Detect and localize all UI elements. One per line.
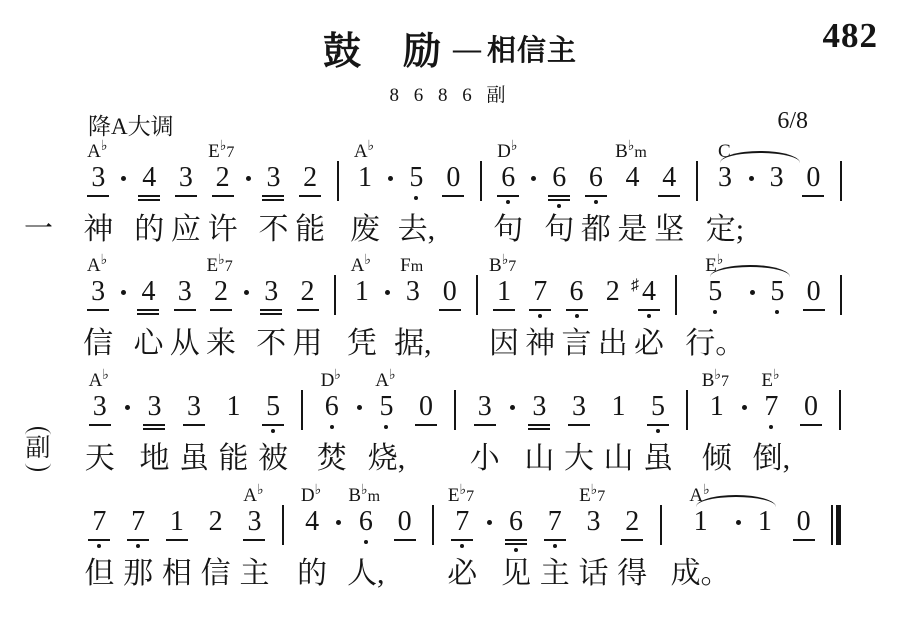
note: 7主: [535, 482, 574, 595]
note: D♭4的: [293, 482, 332, 595]
lyric-syllable: 被: [258, 440, 288, 480]
note: A♭1成。: [671, 482, 731, 595]
note: 4坚: [651, 138, 688, 251]
music-system-1: A♭3神4的3应E♭72许3不2能A♭1废5去,0D♭6句6句6都B♭m4是4坚…: [80, 138, 850, 252]
barline: [832, 138, 850, 251]
underline-beam: [566, 309, 588, 311]
note-number: 3: [147, 392, 161, 422]
rest-note: 0: [791, 367, 831, 480]
key-row: 降A大调 6/8: [0, 108, 900, 138]
underline-beam: [528, 424, 550, 426]
note-number: 2: [606, 277, 620, 307]
low-octave-dot: [460, 544, 464, 548]
note-number: 3: [478, 392, 492, 422]
note-number: 6: [509, 507, 523, 537]
note-number: 1: [611, 392, 625, 422]
note-number: 7: [533, 277, 547, 307]
underline-beam: [88, 539, 110, 541]
lyric-syllable: 不: [256, 325, 286, 365]
augmentation-dot: [745, 252, 759, 365]
underline-beam: [802, 195, 824, 197]
chord-label: E♭7: [208, 141, 234, 163]
notation-row: A♭3天3地3虽1能5被D♭6焚A♭5烧,03小3山3大1山5虽B♭71倾E♭7…: [80, 367, 850, 480]
flat-icon: ♭: [591, 483, 598, 498]
underline-beam: [529, 309, 551, 311]
dot-icon: [531, 176, 536, 181]
dot-icon: [385, 290, 390, 295]
dot-icon: [357, 405, 362, 410]
chord-label: D♭: [301, 485, 321, 507]
rest-note: 0: [435, 138, 472, 251]
note-number: 4: [305, 507, 319, 537]
note-number: 0: [807, 277, 821, 307]
note-number: 3: [406, 277, 420, 307]
chord-label: D♭: [497, 141, 517, 163]
lyric-syllable: 去,: [398, 211, 436, 251]
low-octave-dot: [557, 204, 561, 208]
note-number: 3: [586, 507, 600, 537]
augmentation-dot: [380, 252, 394, 365]
low-octave-dot: [514, 548, 518, 552]
underline-beam: [243, 539, 265, 541]
note-number: 3: [187, 392, 201, 422]
note: 2信: [196, 482, 235, 595]
music-system-2: A♭3信4心3从E♭72来3不2用A♭1凭Fm3据,0B♭71因7神6言2出4♯…: [80, 252, 850, 366]
lyric-syllable: 坚: [654, 211, 684, 251]
bar-icon: [840, 161, 842, 201]
note: 3不: [253, 252, 289, 365]
note-number: 0: [804, 392, 818, 422]
lyric-syllable: 但: [84, 555, 114, 595]
flat-icon: ♭: [389, 368, 396, 383]
chord-label: A♭: [87, 141, 107, 163]
barline: [678, 367, 697, 480]
barline: [274, 482, 293, 595]
barline: [328, 138, 346, 251]
note-number: 2: [209, 507, 223, 537]
underline-beam: [210, 309, 232, 311]
note-number: 3: [718, 163, 732, 193]
low-octave-dot: [553, 544, 557, 548]
chord-label: B♭m: [615, 141, 647, 163]
flat-icon: ♭: [364, 253, 371, 268]
note: 3地: [135, 367, 175, 480]
note: 6见: [497, 482, 536, 595]
augmentation-dot: [117, 138, 131, 251]
note-number: 0: [443, 277, 457, 307]
flat-icon: ♭: [101, 253, 108, 268]
note: 1山: [599, 367, 639, 480]
lyric-syllable: 人,: [347, 555, 385, 595]
note: Fm3据,: [394, 252, 432, 365]
lyric-syllable: 天: [85, 440, 115, 480]
dot-icon: [121, 176, 126, 181]
underline-beam: [138, 195, 160, 197]
note-number: 3: [91, 163, 105, 193]
note-number: 3: [532, 392, 546, 422]
lyric-syllable: 的: [297, 555, 327, 595]
lyric-syllable: 焚: [317, 440, 347, 480]
flat-icon: ♭: [714, 368, 721, 383]
note: D♭6焚: [312, 367, 352, 480]
note: 3虽: [174, 367, 214, 480]
lyric-syllable: 的: [134, 211, 164, 251]
flat-icon: ♭: [218, 253, 225, 268]
note: E♭72许: [204, 138, 241, 251]
barline: [667, 252, 685, 365]
note-number: 4: [142, 163, 156, 193]
chord-label: E♭7: [207, 255, 233, 277]
note-number: 0: [446, 163, 460, 193]
note-number: 1: [358, 163, 372, 193]
underline-beam: [212, 195, 234, 197]
note: A♭3信: [80, 252, 116, 365]
chord-label: A♭: [354, 141, 374, 163]
lyric-syllable: 来: [206, 325, 236, 365]
note: 2得: [613, 482, 652, 595]
note: E♭73话: [574, 482, 613, 595]
low-octave-dot: [656, 429, 660, 433]
lyric-syllable: 山: [603, 440, 633, 480]
underline-beam: [174, 309, 196, 311]
arc-top-icon: [25, 427, 51, 435]
title-dash: —: [453, 34, 481, 65]
dot-icon: [388, 176, 393, 181]
note-number: 0: [806, 163, 820, 193]
bar-icon: [675, 275, 677, 315]
hymn-subtitle: 相信主: [487, 35, 577, 67]
bar-icon: [480, 161, 482, 201]
underline-beam: [89, 424, 111, 426]
note-number: 3: [91, 277, 105, 307]
note: A♭5烧,: [367, 367, 407, 480]
low-octave-dot: [647, 314, 651, 318]
note-number: 2: [625, 507, 639, 537]
music-system-4: 7但7那1相2信A♭3主D♭4的B♭m6人,0E♭77必6见7主E♭73话2得A…: [80, 482, 850, 596]
note-number: 1: [710, 392, 724, 422]
lyric-syllable: 用: [293, 325, 323, 365]
underline-beam: [260, 313, 282, 315]
key-signature: 降A大调: [88, 108, 174, 141]
lyric-syllable: 山: [524, 440, 554, 480]
flat-icon: ♭: [334, 368, 341, 383]
note: 1相: [158, 482, 197, 595]
note-number: 7: [131, 507, 145, 537]
lyric-syllable: 定;: [706, 211, 744, 251]
underline-beam: [262, 424, 284, 426]
underline-beam: [647, 424, 669, 426]
underline-beam: [166, 539, 188, 541]
lyric-syllable: 必: [447, 555, 477, 595]
bar-icon: [282, 505, 284, 545]
note-number: 7: [764, 392, 778, 422]
note-number: 0: [797, 507, 811, 537]
chord-label: B♭m: [348, 485, 380, 507]
barline: [832, 252, 850, 365]
note-number: 2: [214, 277, 228, 307]
bar-icon: [301, 390, 303, 430]
lyric-syllable: 都: [581, 211, 611, 251]
double-bar-icon: [831, 505, 841, 545]
lyric-syllable: 能: [219, 440, 249, 480]
note-number: 1: [170, 507, 184, 537]
low-octave-dot: [713, 310, 717, 314]
note-number: 4: [141, 277, 155, 307]
underline-beam: [803, 309, 825, 311]
note-number: 0: [419, 392, 433, 422]
time-signature: 6/8: [777, 108, 808, 135]
underline-beam: [793, 539, 815, 541]
lyric-syllable: 出: [598, 325, 628, 365]
note-number: 7: [92, 507, 106, 537]
note: B♭71倾: [697, 367, 737, 480]
bar-icon: [686, 390, 688, 430]
lyric-syllable: 必: [634, 325, 664, 365]
augmentation-dot: [241, 138, 255, 251]
flat-icon: ♭: [628, 139, 635, 154]
note-number: 6: [359, 507, 373, 537]
flat-icon: ♭: [511, 139, 518, 154]
underline-beam: [127, 539, 149, 541]
dot-icon: [125, 405, 130, 410]
note: 3: [758, 138, 795, 251]
note: 5去,: [398, 138, 436, 251]
underline-beam: [493, 309, 515, 311]
note: D♭6句: [490, 138, 527, 251]
note-number: 4: [626, 163, 640, 193]
note: 2出: [595, 252, 631, 365]
lyric-syllable: 是: [618, 211, 648, 251]
flat-icon: ♭: [361, 483, 368, 498]
rest-note: 0: [406, 367, 446, 480]
lyric-syllable: 虽: [643, 440, 673, 480]
underline-beam: [658, 195, 680, 197]
dot-icon: [749, 176, 754, 181]
underline-beam: [87, 195, 109, 197]
dot-icon: [336, 520, 341, 525]
low-octave-dot: [594, 200, 598, 204]
note: 3山: [520, 367, 560, 480]
note: B♭71因: [486, 252, 522, 365]
dot-icon: [487, 520, 492, 525]
low-octave-dot: [97, 544, 101, 548]
note: 3不: [255, 138, 292, 251]
note: 5被: [253, 367, 293, 480]
flat-icon: ♭: [101, 139, 108, 154]
rest-note: 0: [784, 482, 823, 595]
chord-label: E♭7: [579, 485, 605, 507]
underline-beam: [299, 195, 321, 197]
low-octave-dot: [414, 196, 418, 200]
underline-beam: [621, 539, 643, 541]
note: A♭3神: [80, 138, 117, 251]
underline-beam: [262, 199, 284, 201]
lyric-syllable: 不: [258, 211, 288, 251]
lyric-syllable: 见: [501, 555, 531, 595]
lyric-syllable: 因: [489, 325, 519, 365]
lyric-syllable: 据,: [394, 325, 432, 365]
flat-icon: ♭: [703, 483, 710, 498]
note: 6都: [578, 138, 615, 251]
barline: [326, 252, 344, 365]
dot-icon: [750, 290, 755, 295]
hymn-meter: 8 6 8 6 副: [0, 80, 900, 107]
low-octave-dot: [364, 540, 368, 544]
bar-icon: [337, 161, 339, 201]
barline: [831, 367, 850, 480]
bar-icon: [660, 505, 662, 545]
note: C3定;: [706, 138, 744, 251]
music-system-3: A♭3天3地3虽1能5被D♭6焚A♭5烧,03小3山3大1山5虽B♭71倾E♭7…: [80, 367, 850, 481]
underline-beam: [497, 195, 519, 197]
note-number: 6: [589, 163, 603, 193]
dot-icon: [510, 405, 515, 410]
underline-beam: [638, 309, 660, 311]
note: 5虽: [638, 367, 678, 480]
underline-beam: [548, 195, 570, 197]
lyric-syllable: 神: [525, 325, 555, 365]
chord-label: E♭7: [448, 485, 474, 507]
low-octave-dot: [769, 425, 773, 429]
final-barline: [823, 482, 850, 595]
note-number: 4♯: [642, 277, 656, 307]
dot-icon: [246, 176, 251, 181]
notation-row: 7但7那1相2信A♭3主D♭4的B♭m6人,0E♭77必6见7主E♭73话2得A…: [80, 482, 850, 595]
notation-row: A♭3神4的3应E♭72许3不2能A♭1废5去,0D♭6句6句6都B♭m4是4坚…: [80, 138, 850, 251]
note-number: 5: [651, 392, 665, 422]
bar-icon: [840, 275, 842, 315]
note-number: 7: [455, 507, 469, 537]
lyric-syllable: 话: [578, 555, 608, 595]
rest-note: 0: [795, 138, 832, 251]
underline-beam: [544, 539, 566, 541]
underline-beam: [138, 199, 160, 201]
note: 3从: [167, 252, 203, 365]
sharp-icon: ♯: [631, 271, 639, 301]
lyric-syllable: 句: [544, 211, 574, 251]
note: 6句: [541, 138, 578, 251]
dot-icon: [736, 520, 741, 525]
note: A♭3天: [80, 367, 120, 480]
lyric-syllable: 应: [171, 211, 201, 251]
bar-icon: [454, 390, 456, 430]
lyric-syllable: 废: [350, 211, 380, 251]
low-octave-dot: [384, 425, 388, 429]
underline-beam: [474, 424, 496, 426]
note-number: 1: [227, 392, 241, 422]
note-number: 2: [216, 163, 230, 193]
note-number: 3: [266, 163, 280, 193]
note-number: 6: [570, 277, 584, 307]
low-octave-dot: [575, 314, 579, 318]
note-number: 5: [266, 392, 280, 422]
chord-label: A♭: [375, 370, 395, 392]
underline-beam: [585, 195, 607, 197]
note-number: 3: [572, 392, 586, 422]
barline: [652, 482, 671, 595]
lyric-syllable: 能: [295, 211, 325, 251]
lyric-syllable: 倒,: [753, 440, 791, 480]
note: A♭1凭: [344, 252, 380, 365]
verse-number-marker: 一: [24, 210, 53, 248]
chord-label: Fm: [400, 255, 423, 277]
lyric-syllable: 信: [83, 325, 113, 365]
flat-icon: ♭: [102, 368, 109, 383]
underline-beam: [394, 539, 416, 541]
note-number: 3: [178, 277, 192, 307]
flat-icon: ♭: [315, 483, 322, 498]
barline: [688, 138, 706, 251]
underline-beam: [568, 424, 590, 426]
rest-note: 0: [385, 482, 424, 595]
note: 3大: [559, 367, 599, 480]
augmentation-dot: [744, 138, 758, 251]
augmentation-dot: [239, 252, 253, 365]
underline-beam: [143, 424, 165, 426]
underline-beam: [548, 199, 570, 201]
lyric-syllable: 凭: [347, 325, 377, 365]
note-number: 5: [770, 277, 784, 307]
underline-beam: [800, 424, 822, 426]
lyric-syllable: 心: [133, 325, 163, 365]
lyric-syllable: 句: [493, 211, 523, 251]
note: B♭m4是: [614, 138, 651, 251]
underline-beam: [143, 428, 165, 430]
note-number: 6: [325, 392, 339, 422]
chord-label: A♭: [89, 370, 109, 392]
underline-beam: [183, 424, 205, 426]
augmentation-dot: [736, 367, 751, 480]
note-number: 3: [93, 392, 107, 422]
barline: [468, 252, 486, 365]
note: 7那: [119, 482, 158, 595]
note: 2能: [292, 138, 329, 251]
note: 4心: [130, 252, 166, 365]
note-number: 3: [247, 507, 261, 537]
underline-beam: [451, 539, 473, 541]
lyric-syllable: 从: [170, 325, 200, 365]
lyric-syllable: 虽: [179, 440, 209, 480]
augmentation-dot: [383, 138, 397, 251]
note: 2用: [289, 252, 325, 365]
lyric-syllable: 地: [139, 440, 169, 480]
arc-bottom-icon: [25, 463, 51, 471]
low-octave-dot: [538, 314, 542, 318]
low-octave-dot: [506, 200, 510, 204]
underline-beam: [505, 543, 527, 545]
note: 4的: [131, 138, 168, 251]
rest-note: 0: [796, 252, 832, 365]
note-number: 1: [497, 277, 511, 307]
refrain-marker: 副: [22, 427, 54, 471]
underline-beam: [175, 195, 197, 197]
note-number: 6: [552, 163, 566, 193]
chord-label: B♭7: [489, 255, 516, 277]
augmentation-dot: [482, 482, 497, 595]
chord-label: D♭: [321, 370, 341, 392]
low-octave-dot: [136, 544, 140, 548]
chord-label: A♭: [87, 255, 107, 277]
note-number: 3: [264, 277, 278, 307]
flat-icon: ♭: [773, 368, 780, 383]
dot-icon: [244, 290, 249, 295]
augmentation-dot: [527, 138, 541, 251]
bar-icon: [839, 390, 841, 430]
note: 5: [759, 252, 795, 365]
note: 3应: [168, 138, 205, 251]
augmentation-dot: [352, 367, 367, 480]
note-number: 2: [301, 277, 315, 307]
